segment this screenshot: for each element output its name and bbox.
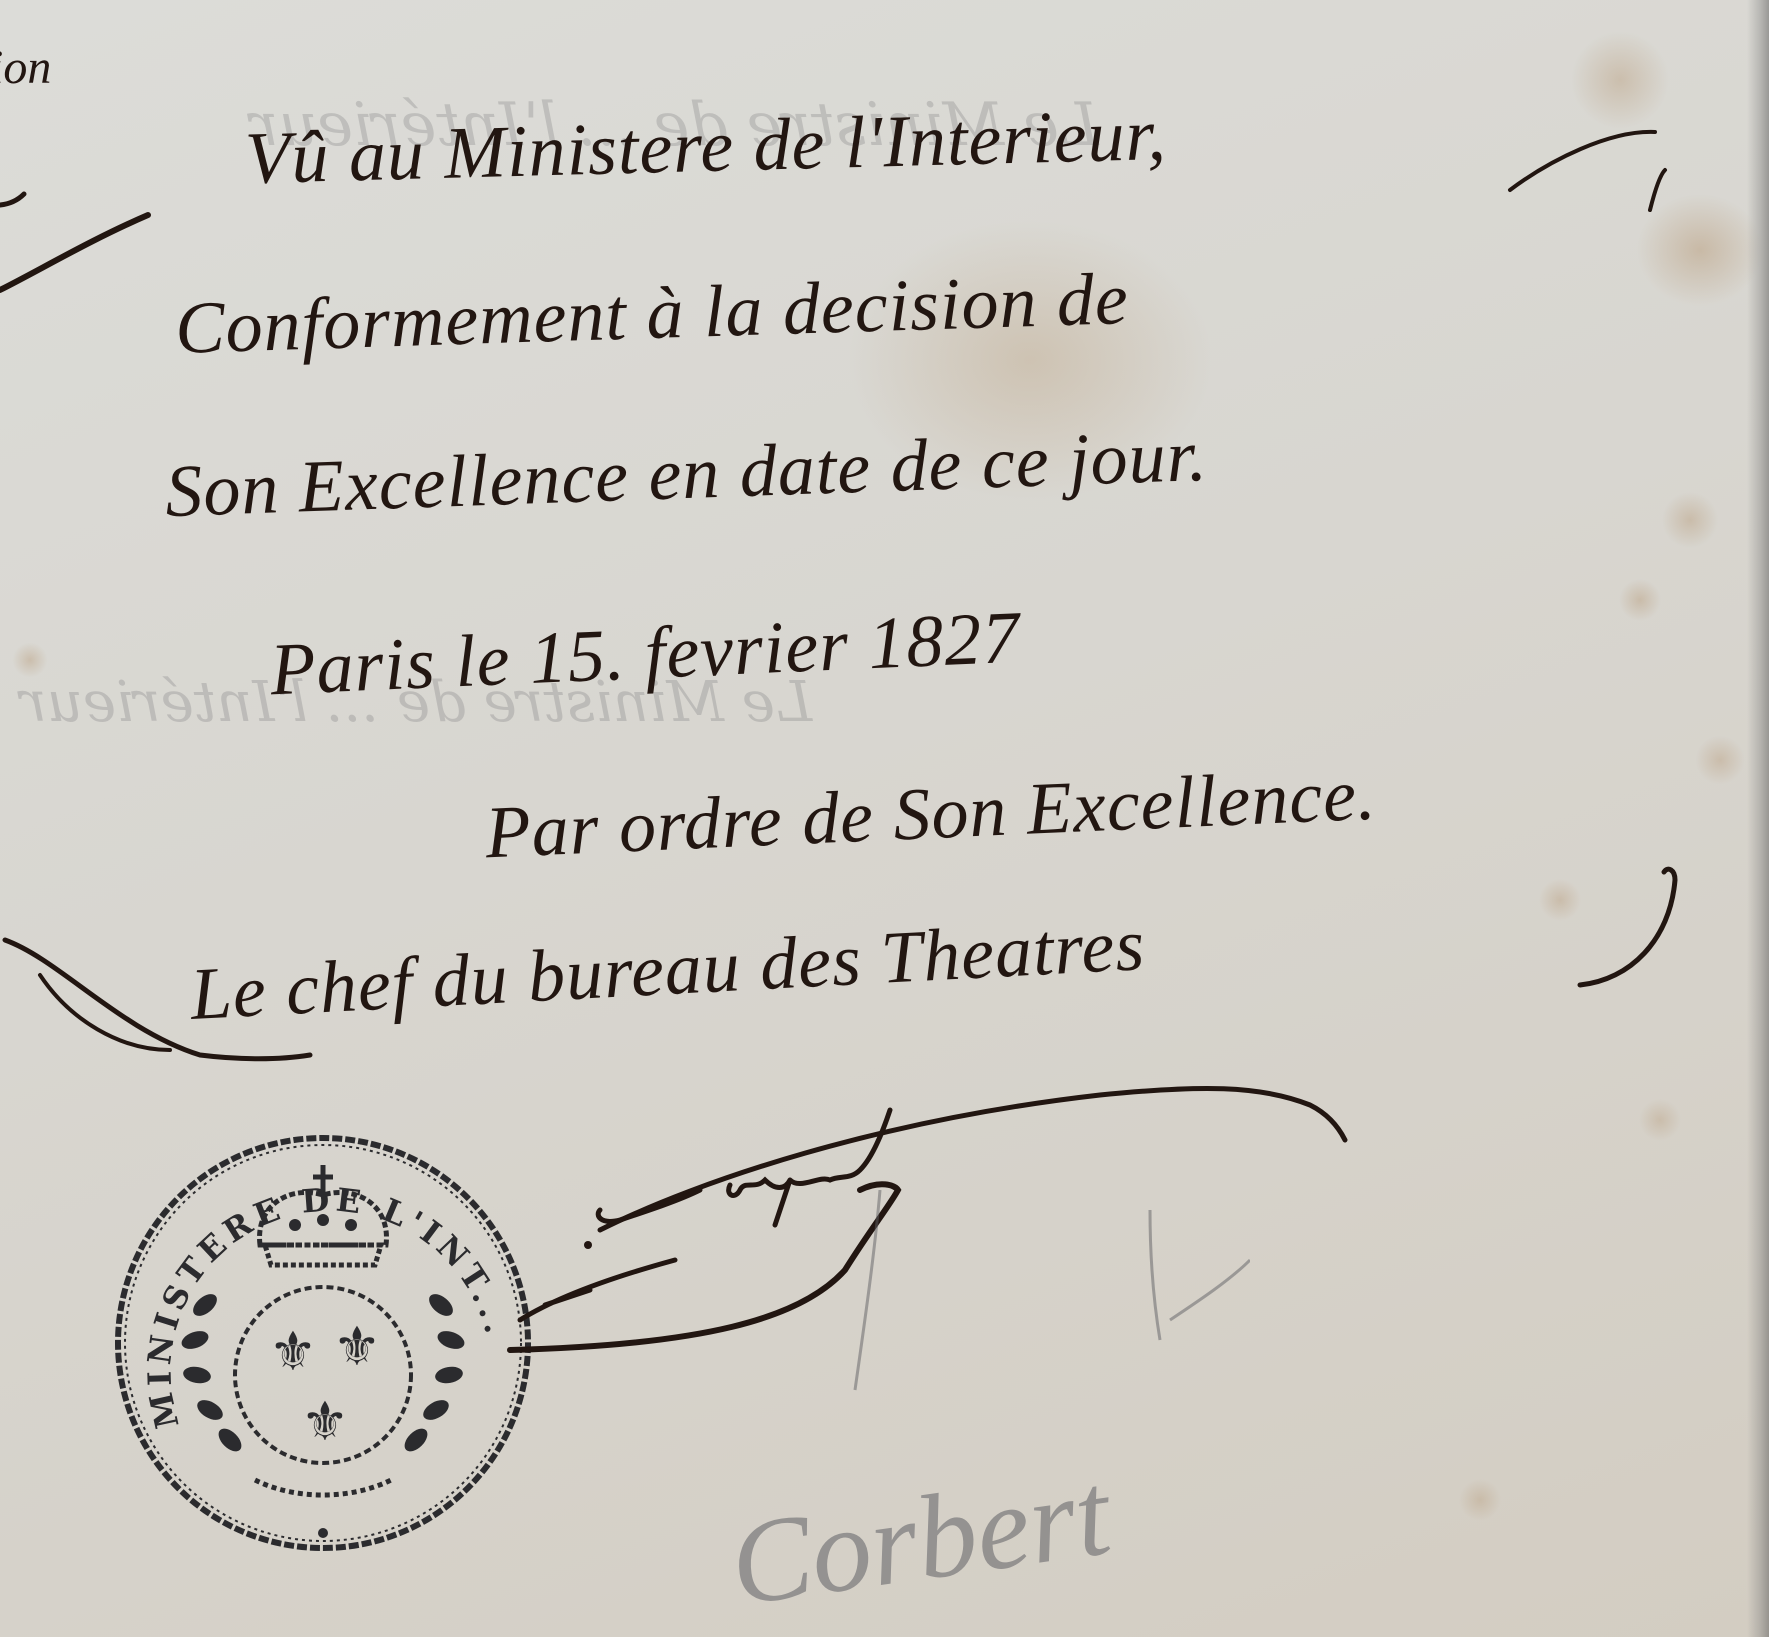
paper-edge — [1747, 0, 1769, 1637]
line1-end-flourish — [1500, 120, 1670, 230]
line-son-excellence: Son Excellence en date de ce jour. — [164, 414, 1209, 535]
document-page: Le Ministre de ... l'Intérieur Le Minist… — [0, 0, 1769, 1637]
line-date: Paris le 15. fevrier 1827 — [269, 596, 1023, 714]
laurel-branch-right-icon — [400, 1290, 466, 1456]
margin-flourish — [0, 180, 160, 300]
fleur-de-lis-icon: ⚜ — [269, 1320, 317, 1383]
line-chef-du-bureau: Le chef du bureau des Theatres — [188, 903, 1147, 1038]
line-par-ordre: Par ordre de Son Excellence. — [484, 753, 1379, 877]
pencil-strokes — [850, 1190, 1250, 1440]
margin-fragment: ion — [0, 40, 51, 95]
ministry-stamp: MINISTERE DE L'INT... ⚜ ⚜ ⚜ — [105, 1125, 540, 1555]
le-flourish — [0, 920, 320, 1070]
theatres-end-flourish — [1560, 860, 1700, 1010]
fleur-de-lis-icon: ⚜ — [301, 1390, 349, 1453]
pencil-annotation: Corbert — [722, 1444, 1118, 1634]
line-conformement: Conformement à la decision de — [174, 257, 1130, 372]
fleur-de-lis-icon: ⚜ — [333, 1315, 381, 1378]
